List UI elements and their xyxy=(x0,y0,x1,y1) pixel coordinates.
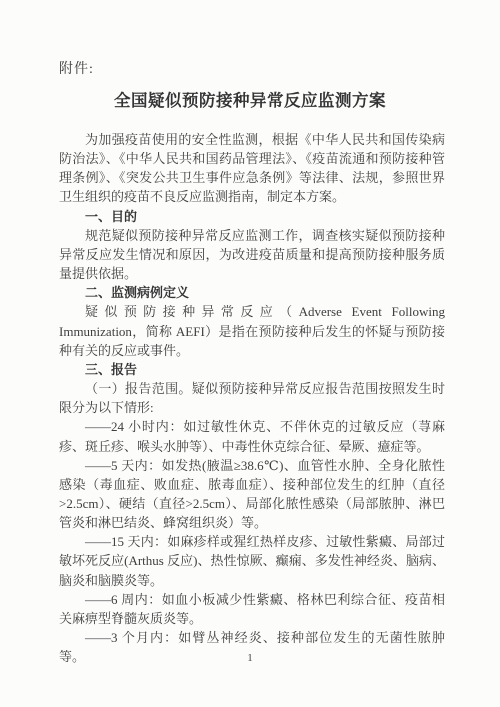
document-body: 为加强疫苗使用的安全性监测，根据《中华人民共和国传染病防治法》、《中华人民共和国… xyxy=(59,130,445,666)
list-item-6-weeks: ——6 周内：如血小板减少性紫癜、格林巴利综合征、疫苗相关麻痹型脊髓灰质炎等。 xyxy=(59,590,445,628)
section-heading-report: 三、报告 xyxy=(59,360,445,379)
document-title: 全国疑似预防接种异常反应监测方案 xyxy=(0,87,500,111)
section-heading-purpose: 一、目的 xyxy=(59,207,445,226)
document-page: 附件: 全国疑似预防接种异常反应监测方案 为加强疫苗使用的安全性监测，根据《中华… xyxy=(0,0,500,707)
attachment-label: 附件: xyxy=(59,58,94,78)
page-number: 1 xyxy=(0,652,500,664)
section-heading-definition: 二、监测病例定义 xyxy=(59,283,445,302)
paragraph-purpose: 规范疑似预防接种异常反应监测工作，调查核实疑似预防接种异常反应发生情况和原因，为… xyxy=(59,226,445,283)
list-item-24-hours: ——24 小时内：如过敏性休克、不伴休克的过敏反应（荨麻疹、斑丘疹、喉头水肿等）… xyxy=(59,417,445,455)
list-item-5-days: ——5 天内：如发热(腋温≥38.6℃)、血管性水肿、全身化脓性感染（毒血症、败… xyxy=(59,456,445,533)
paragraph-intro: 为加强疫苗使用的安全性监测，根据《中华人民共和国传染病防治法》、《中华人民共和国… xyxy=(59,130,445,207)
paragraph-report-scope: （一）报告范围。疑似预防接种异常反应报告范围按照发生时限分为以下情形: xyxy=(59,379,445,417)
paragraph-definition: 疑似预防接种异常反应（Adverse Event Following Immun… xyxy=(59,302,445,359)
list-item-15-days: ——15 天内：如麻疹样或猩红热样皮疹、过敏性紫癜、局部过敏坏死反应(Arthu… xyxy=(59,532,445,589)
